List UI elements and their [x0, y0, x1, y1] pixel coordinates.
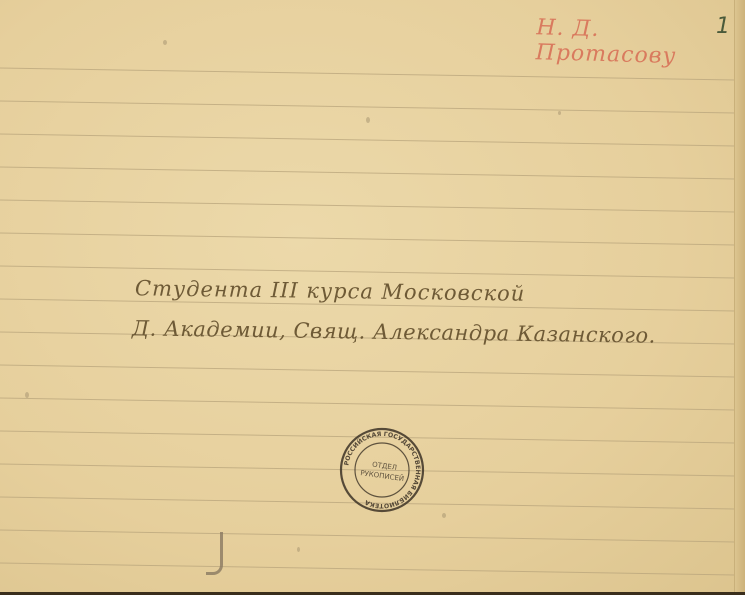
- stamp-inner-line-2: РУКОПИСЕЙ: [360, 468, 405, 483]
- library-stamp: РОССИЙСКАЯ ГОСУДАРСТВЕННАЯ БИБЛИОТЕКА ОТ…: [339, 427, 425, 513]
- paper-right-edge: [734, 0, 745, 595]
- recipient-annotation: Н. Д. Протасову: [535, 15, 745, 70]
- paper-spot: [366, 117, 370, 123]
- paper-spot: [163, 40, 167, 45]
- paper-spot: [297, 547, 300, 552]
- paper-spot: [25, 392, 29, 398]
- paper-spot: [442, 513, 446, 518]
- manuscript-page: Н. Д. Протасову 1 Студента III курса Мос…: [0, 0, 745, 595]
- paper-spot: [558, 111, 561, 115]
- pencil-stroke-mark: [206, 532, 223, 575]
- folio-number: 1: [716, 14, 730, 39]
